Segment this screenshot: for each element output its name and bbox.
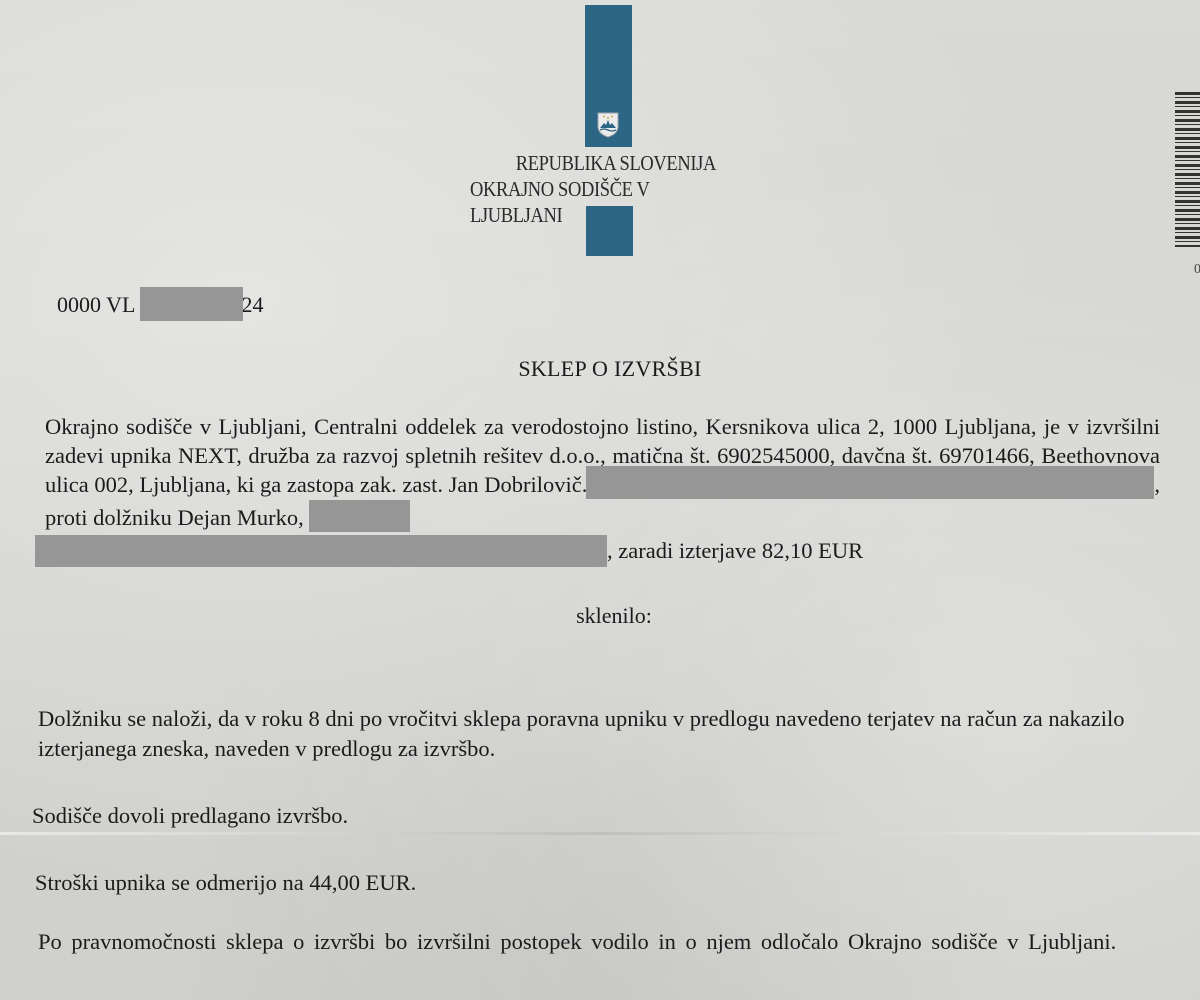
redaction-box [309,500,410,532]
paragraph-payment-order: Dolžniku se naloži, da v roku 8 dni po v… [38,704,1168,764]
paragraph-costs: Stroški upnika se odmerijo na 44,00 EUR. [35,868,735,898]
paragraph-enforcement-allowed: Sodišče dovoli predlagano izvršbo. [32,801,732,831]
intro-paragraph: Okrajno sodišče v Ljubljani, Centralni o… [45,412,1160,569]
document-title: SKLEP O IZVRŠBI [0,356,1200,382]
court-emblem-bar-bottom [586,206,633,256]
case-number-prefix: 0000 VL [57,292,135,317]
intro-text-part3: , zaradi izterjave 82,10 EUR [607,538,863,563]
barcode-trailing-char: 0 [1194,262,1200,278]
redaction-box [586,466,1154,499]
country-name: REPUBLIKA SLOVENIJA [470,150,734,176]
redaction-box [35,535,607,567]
case-number-suffix: 24 [241,292,263,317]
barcode [1175,92,1200,247]
coat-of-arms-icon [597,112,619,138]
case-number: 0000 VL24 [57,290,263,324]
verdict-label: sklenilo: [0,603,1200,629]
paper-fold-line [0,832,1200,835]
paragraph-finality: Po pravnomočnosti sklepa o izvršbi bo iz… [38,927,1178,957]
redaction-box [140,287,243,321]
